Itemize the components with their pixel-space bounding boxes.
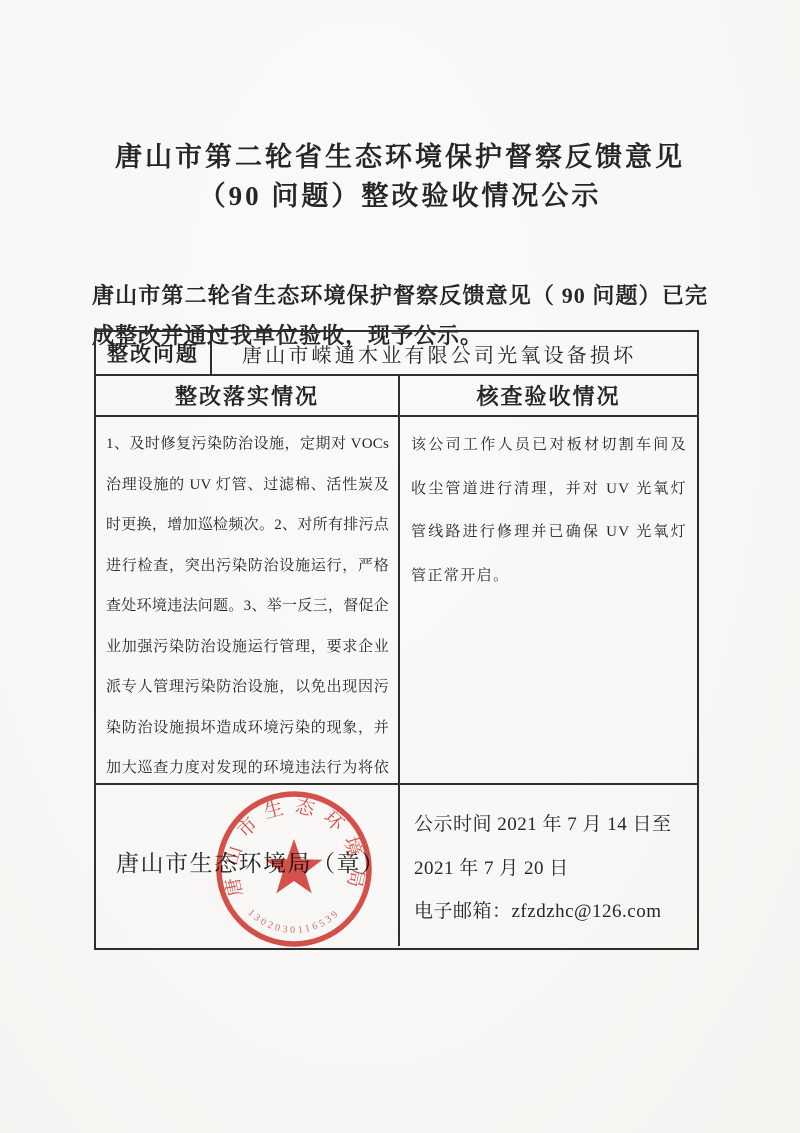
title-line-1: 唐山市第二轮省生态环境保护督察反馈意见 — [0, 138, 800, 177]
verification-detail-cell: 该公司工作人员已对板材切割车间及收尘管道进行清理，并对 UV 光氧灯管线路进行修… — [400, 417, 697, 783]
table-row-footer: 唐山市生态环境局（章） 唐山市生态环境局 1302030116539 公示时间 … — [96, 785, 697, 946]
problem-label-cell: 整改问题 — [96, 332, 212, 374]
rectification-table: 整改问题 唐山市嵘通木业有限公司光氧设备损坏 整改落实情况 核查验收情况 1、及… — [94, 330, 699, 950]
title-line-2: （90 问题）整改验收情况公示 — [0, 177, 800, 216]
header-verification-status: 核查验收情况 — [400, 376, 697, 415]
official-seal-stamp: 唐山市生态环境局 1302030116539 — [212, 787, 376, 951]
scanned-document-page: 唐山市第二轮省生态环境保护督察反馈意见 （90 问题）整改验收情况公示 唐山市第… — [0, 0, 800, 1133]
publish-period-line-2: 2021 年 7 月 20 日 — [414, 847, 697, 891]
publication-info-cell: 公示时间 2021 年 7 月 14 日至 2021 年 7 月 20 日 电子… — [400, 785, 697, 946]
publish-period-line-1: 公示时间 2021 年 7 月 14 日至 — [414, 803, 697, 847]
seal-number-text: 1302030116539 — [245, 907, 342, 936]
header-rectification-status: 整改落实情况 — [96, 376, 400, 415]
table-row-problem: 整改问题 唐山市嵘通木业有限公司光氧设备损坏 — [96, 332, 697, 376]
table-row-headers: 整改落实情况 核查验收情况 — [96, 376, 697, 417]
contact-email-line: 电子邮箱：zfzdzhc@126.com — [414, 890, 697, 934]
table-row-body: 1、及时修复污染防治设施，定期对 VOCs 治理设施的 UV 灯管、过滤棉、活性… — [96, 417, 697, 785]
signature-cell: 唐山市生态环境局（章） 唐山市生态环境局 1302030116539 — [96, 785, 400, 946]
document-title: 唐山市第二轮省生态环境保护督察反馈意见 （90 问题）整改验收情况公示 — [0, 138, 800, 216]
rectification-detail-cell: 1、及时修复污染防治设施，定期对 VOCs 治理设施的 UV 灯管、过滤棉、活性… — [96, 417, 400, 783]
seal-star-icon — [266, 839, 323, 893]
problem-value-cell: 唐山市嵘通木业有限公司光氧设备损坏 — [212, 332, 697, 374]
